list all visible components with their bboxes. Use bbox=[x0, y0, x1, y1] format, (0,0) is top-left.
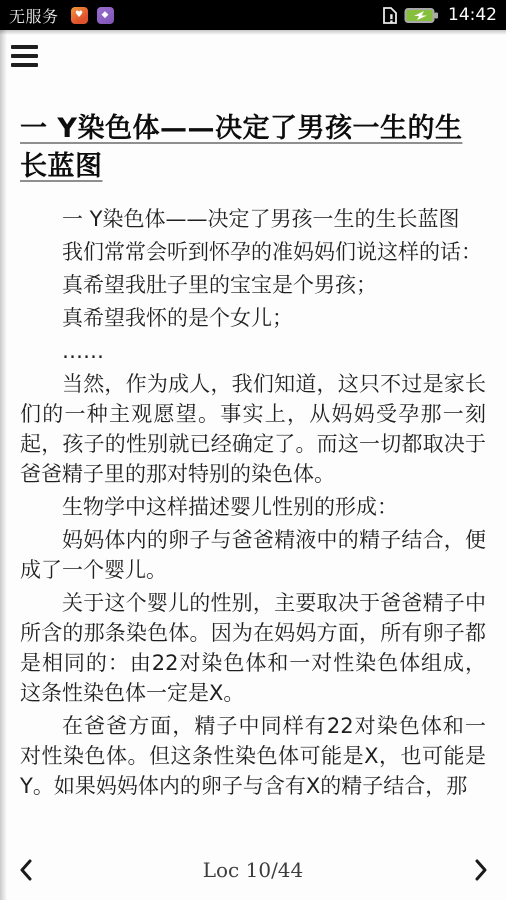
book-content: 一 Y染色体——决定了男孩一生的生长蓝图 一 Y染色体——决定了男孩一生的生长蓝… bbox=[0, 30, 506, 804]
paragraph: 一 Y染色体——决定了男孩一生的生长蓝图 bbox=[20, 204, 486, 234]
paragraph-ellipsis: …… bbox=[20, 336, 486, 366]
status-bar-right: 14:42 bbox=[381, 5, 497, 25]
paragraph: 妈妈体内的卵子与爸爸精液中的精子结合，便成了一个婴儿。 bbox=[20, 525, 486, 585]
battery-charging-icon bbox=[404, 6, 440, 25]
carrier-label: 无服务 bbox=[9, 4, 59, 27]
notification-icon-app: ◆ bbox=[97, 7, 114, 24]
paragraph: 真希望我肚子里的宝宝是个男孩； bbox=[20, 270, 486, 300]
chapter-title: 一 Y染色体——决定了男孩一生的生长蓝图 bbox=[20, 110, 486, 186]
clock: 14:42 bbox=[448, 5, 497, 25]
android-status-bar[interactable]: 无服务 ♥ ◆ 14:42 bbox=[0, 0, 506, 30]
location-indicator: Loc 10/44 bbox=[0, 858, 506, 882]
page-nav-bar: Loc 10/44 bbox=[0, 840, 506, 900]
no-sim-icon bbox=[381, 6, 398, 25]
next-page-button[interactable] bbox=[470, 857, 492, 883]
paragraph: 真希望我怀的是个女儿； bbox=[20, 303, 486, 333]
paragraph: 我们常常会听到怀孕的准妈妈们说这样的话： bbox=[20, 237, 486, 267]
paragraph: 关于这个婴儿的性别，主要取决于爸爸精子中所含的那条染色体。因为在妈妈方面，所有卵… bbox=[20, 588, 486, 708]
reader-page[interactable]: 一 Y染色体——决定了男孩一生的生长蓝图 一 Y染色体——决定了男孩一生的生长蓝… bbox=[0, 30, 506, 900]
paragraph: 在爸爸方面，精子中同样有22对染色体和一对性染色体。但这条性染色体可能是X，也可… bbox=[20, 711, 486, 801]
chevron-right-icon bbox=[475, 859, 488, 881]
body-text: 一 Y染色体——决定了男孩一生的生长蓝图 我们常常会听到怀孕的准妈妈们说这样的话… bbox=[20, 204, 486, 801]
ebook-reader-screen: 无服务 ♥ ◆ 14:42 一 Y染色体——决定了男孩一生的生长蓝图 bbox=[0, 0, 506, 900]
chevron-left-icon bbox=[19, 859, 32, 881]
prev-page-button[interactable] bbox=[14, 857, 36, 883]
paragraph: 生物学中这样描述婴儿性别的形成： bbox=[20, 492, 486, 522]
paragraph: 当然，作为成人，我们知道，这只不过是家长们的一种主观愿望。事实上，从妈妈受孕那一… bbox=[20, 369, 486, 489]
notification-icon-heart: ♥ bbox=[71, 7, 88, 24]
